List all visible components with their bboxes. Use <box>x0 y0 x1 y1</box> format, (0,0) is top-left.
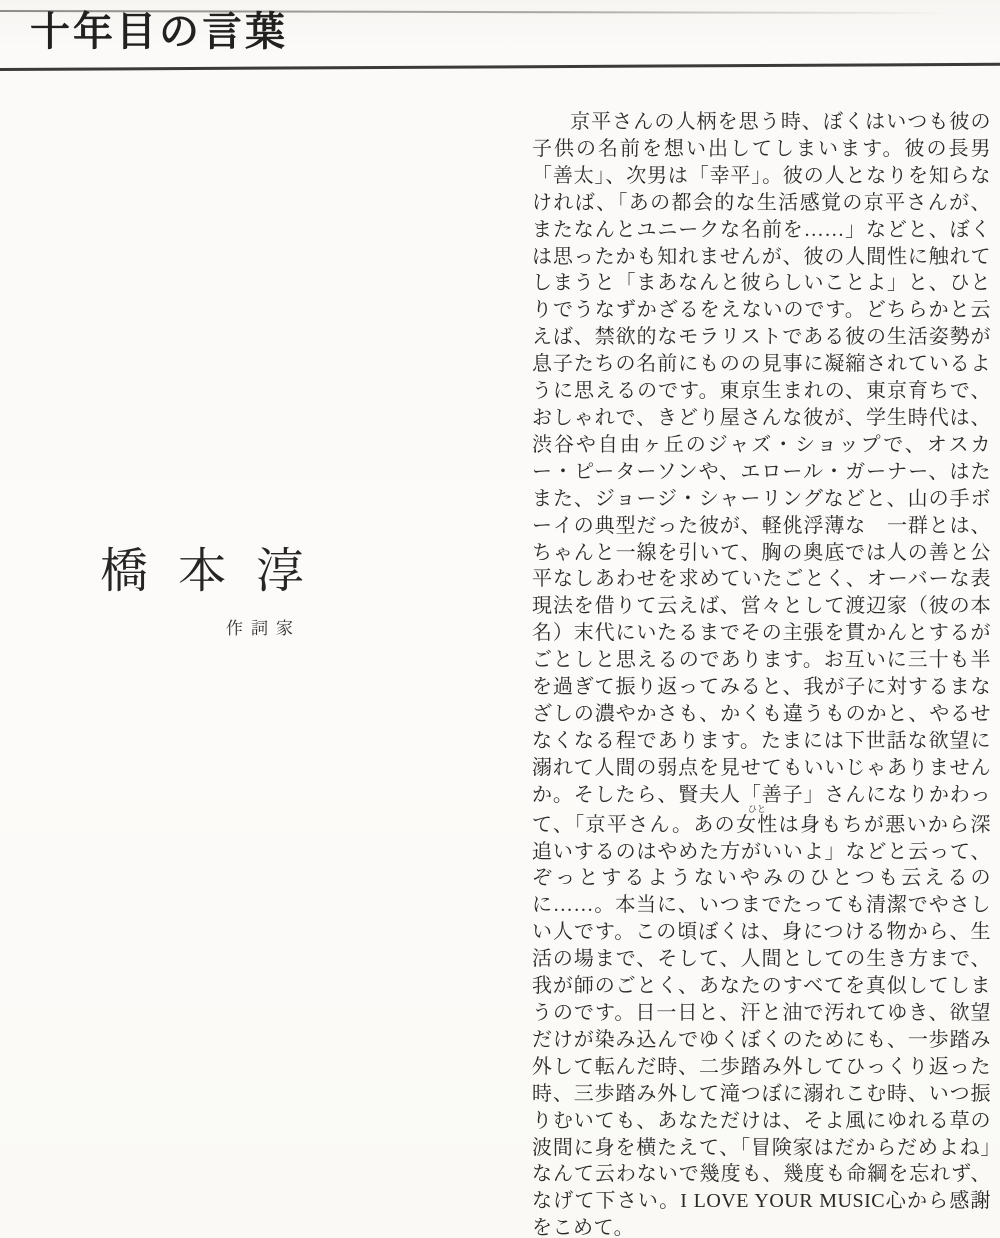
title-divider-rule <box>0 63 1000 71</box>
essay-text-part1: 京平さんの人柄を思う時、ぼくはいつも彼の子供の名前を想い出してしまいます。彼の長… <box>532 111 991 836</box>
document-page: 十年目の言葉 橋本淳 作詞家 京平さんの人柄を思う時、ぼくはいつも彼の子供の名前… <box>0 0 1000 1238</box>
essay-body: 京平さんの人柄を思う時、ぼくはいつも彼の子供の名前を想い出してしまいます。彼の長… <box>532 109 991 1238</box>
ruby-base: 女性 <box>736 814 779 836</box>
essay-text-part2: は身もちが悪いから深追いするのはやめた方がいいよ」などと云って、ぞっとするような… <box>532 814 991 1238</box>
author-name: 橋本淳 <box>100 548 360 596</box>
ruby-text: ひと <box>736 804 778 814</box>
ruby-annotation-hito: 女性ひと <box>736 814 779 836</box>
author-role: 作詞家 <box>226 614 360 639</box>
page-title: 十年目の言葉 <box>30 8 288 56</box>
author-block: 橋本淳 作詞家 <box>100 548 360 639</box>
